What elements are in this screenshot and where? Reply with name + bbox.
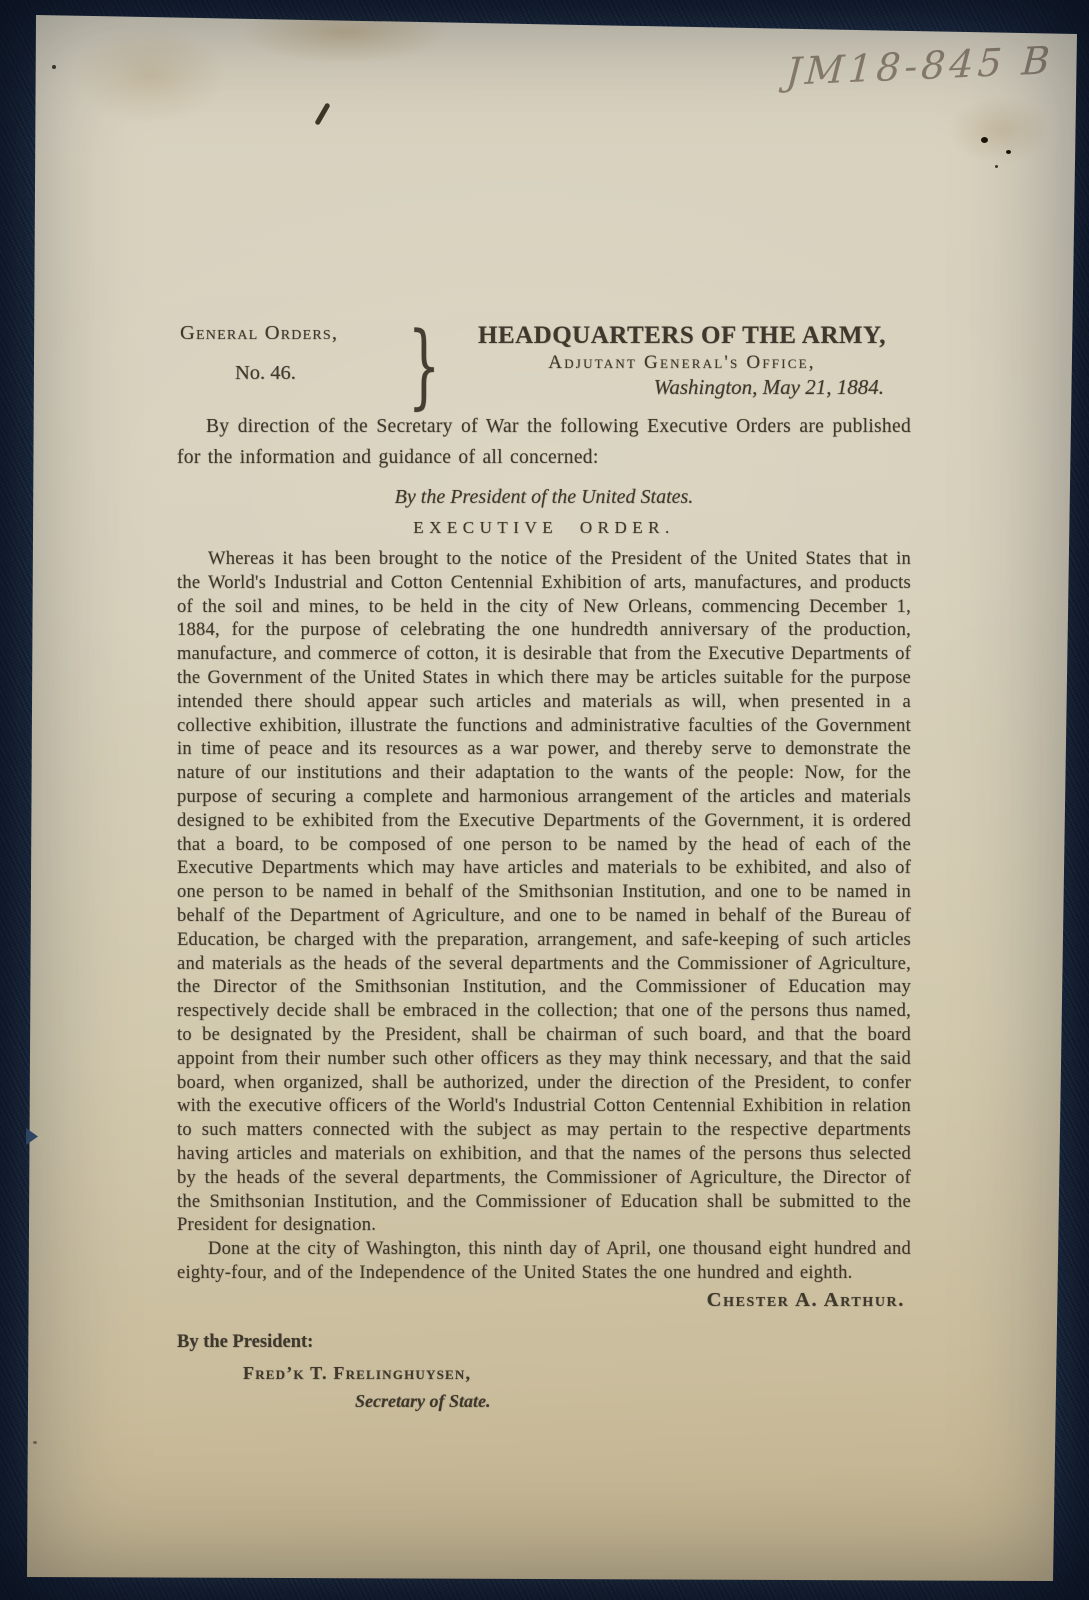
- president-byline: By the President of the United States.: [177, 486, 911, 509]
- countersign-block: By the President: Fred’k T. Frelinghuyse…: [177, 1332, 911, 1412]
- countersign-label: By the President:: [177, 1332, 911, 1353]
- brace-glyph: }: [408, 322, 432, 410]
- masthead-right: HEADQUARTERS OF THE ARMY, Adjutant Gener…: [452, 322, 912, 410]
- adjutant-office-line: Adjutant General's Office,: [452, 352, 912, 374]
- ink-speck: [1006, 150, 1011, 154]
- countersign-title: Secretary of State.: [355, 1391, 911, 1412]
- countersign-name: Fred’k T. Frelinghuysen,: [243, 1363, 911, 1384]
- headquarters-line: HEADQUARTERS OF THE ARMY,: [452, 322, 912, 350]
- masthead: General Orders, No. 46. } HEADQUARTERS O…: [180, 322, 912, 410]
- photo-background: JM18-845 B General Orders, No. 46. } HEA…: [0, 0, 1089, 1600]
- dateline: Washington, May 21, 1884.: [452, 375, 912, 400]
- done-clause: Done at the city of Washington, this nin…: [177, 1238, 911, 1286]
- ink-speck: [52, 65, 56, 69]
- masthead-left: General Orders, No. 46.: [180, 322, 408, 410]
- order-number: No. 46.: [235, 362, 408, 385]
- intro-paragraph: By direction of the Secretary of War the…: [177, 412, 911, 473]
- ink-speck: [981, 137, 988, 143]
- document-body: By direction of the Secretary of War the…: [177, 412, 911, 1412]
- general-orders-label: General Orders,: [180, 322, 408, 345]
- ink-speck: [995, 165, 998, 168]
- executive-order-heading: EXECUTIVE ORDER.: [177, 518, 911, 538]
- order-text: Whereas it has been brought to the notic…: [177, 548, 911, 1238]
- president-signature: Chester A. Arthur.: [177, 1289, 911, 1312]
- ink-speck: [33, 1441, 37, 1444]
